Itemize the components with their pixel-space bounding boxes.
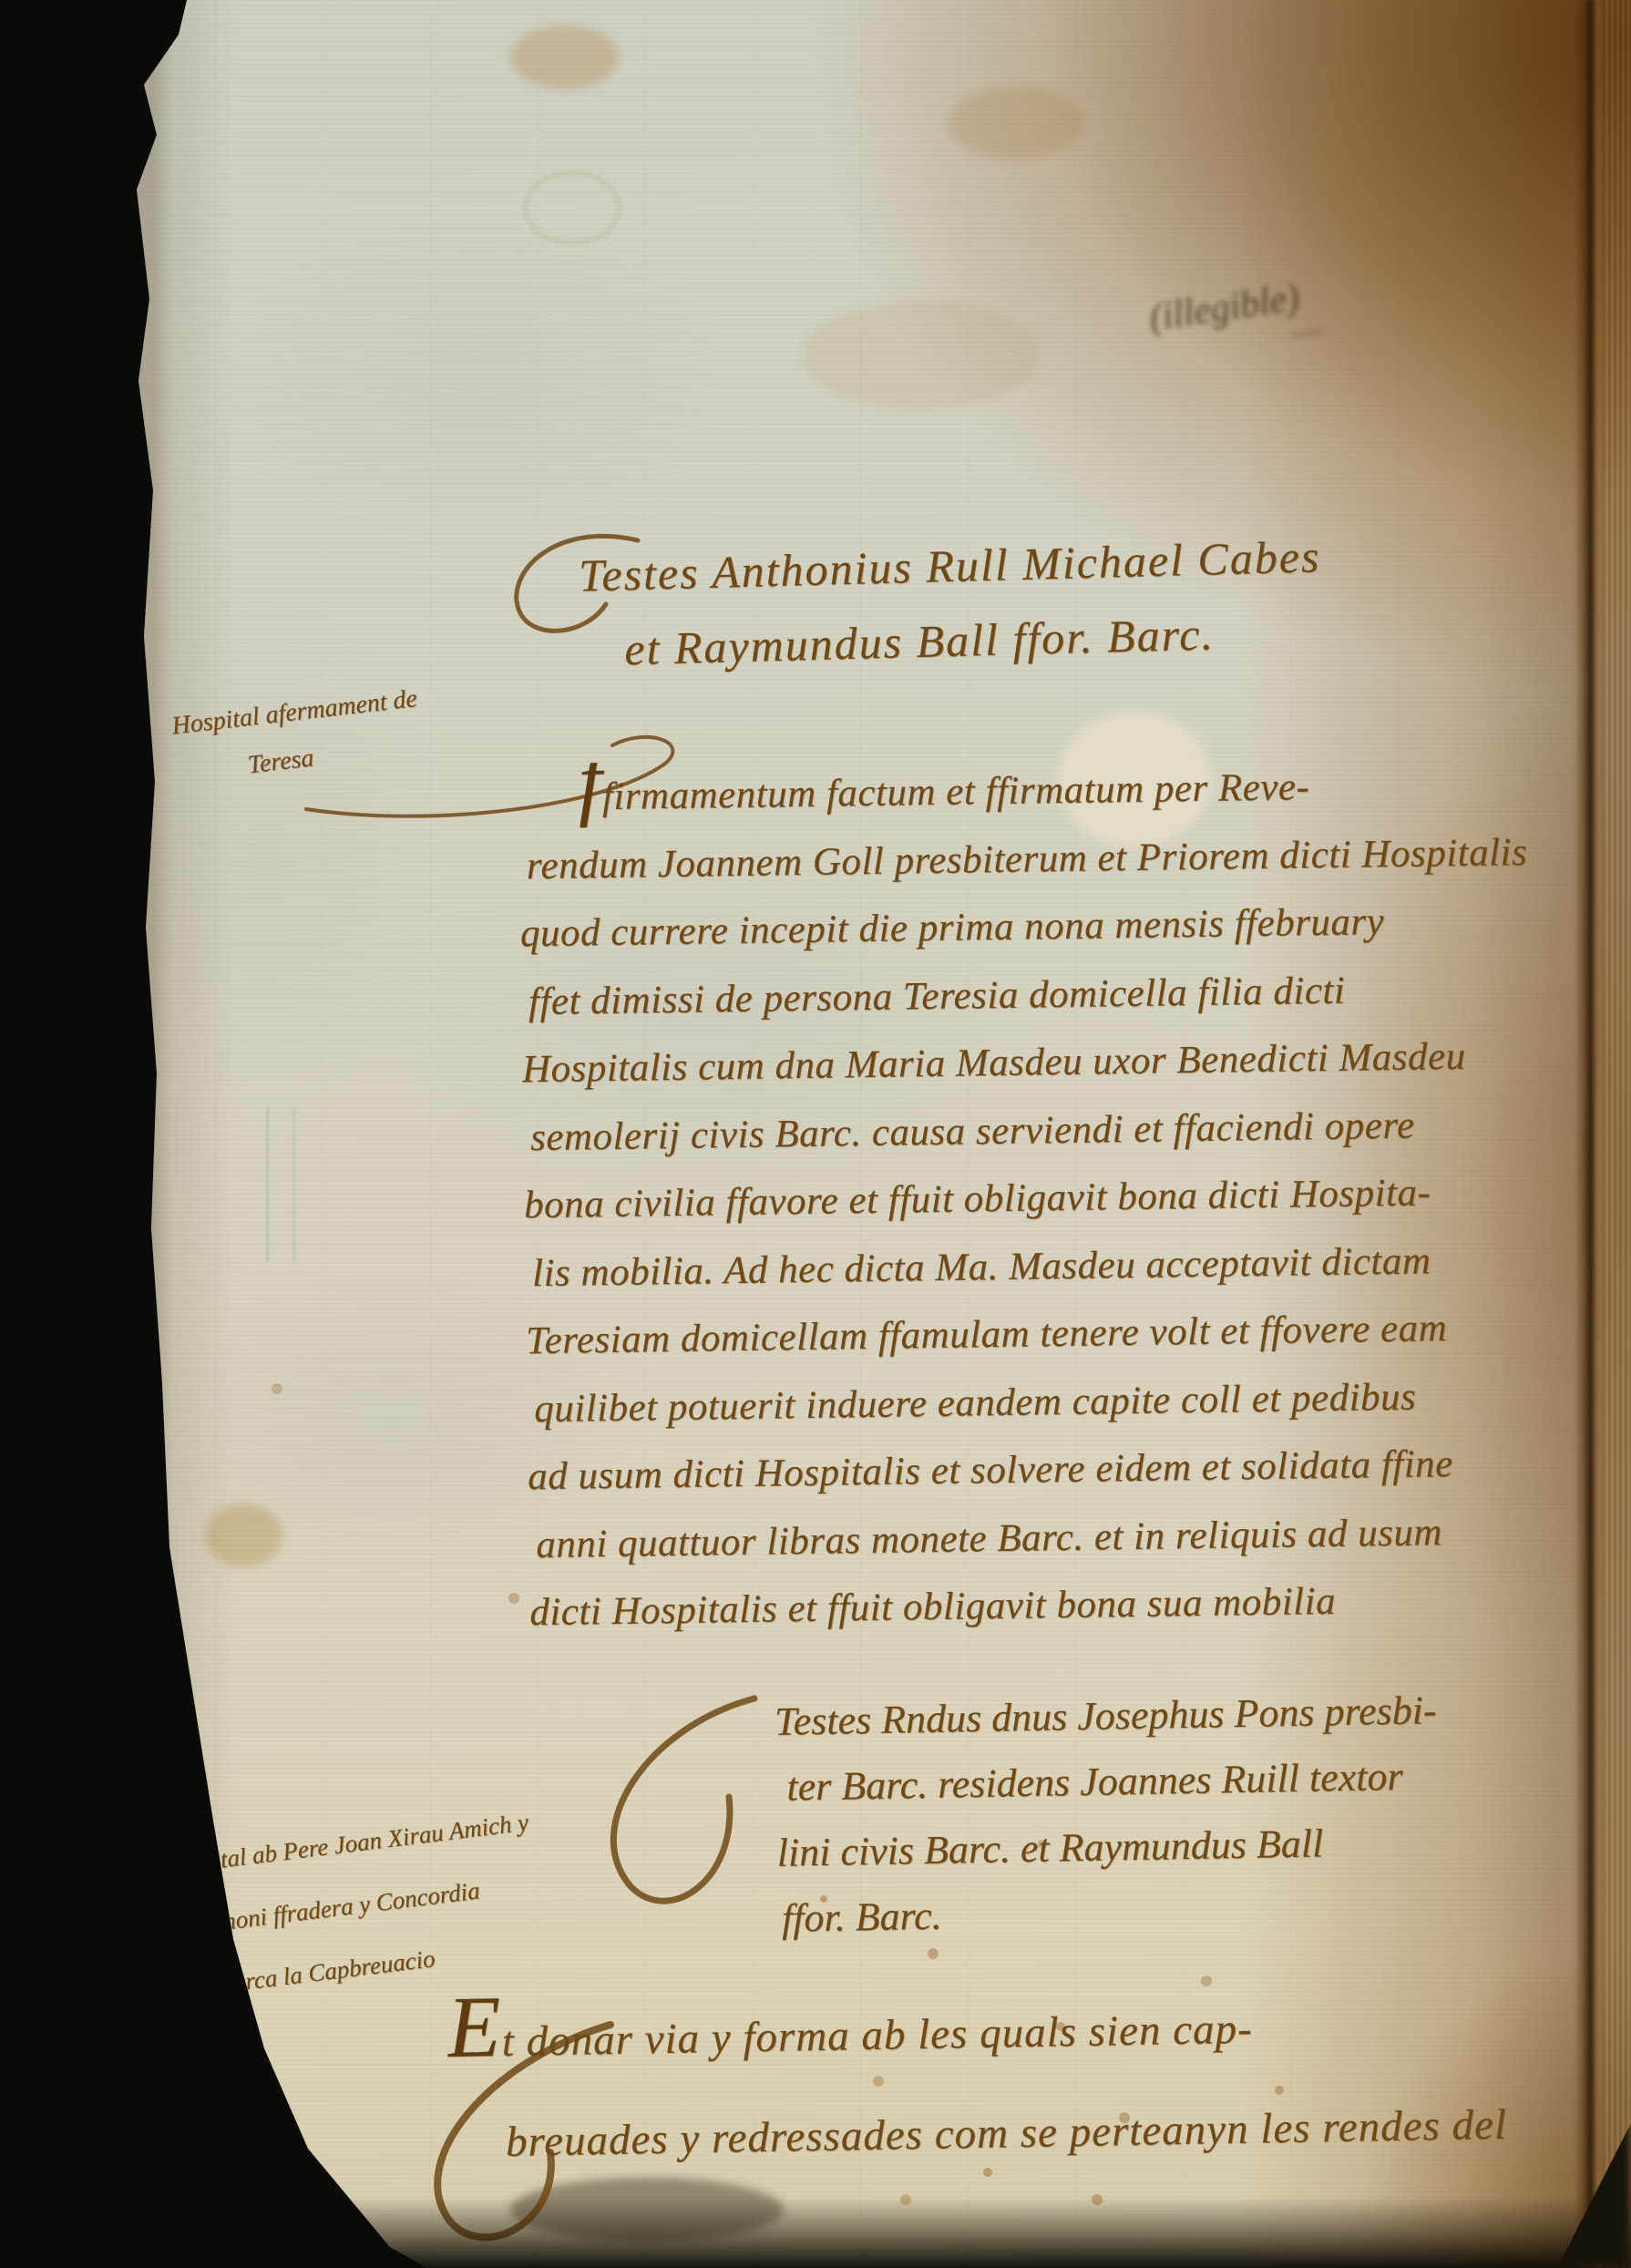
stain: [128, 2014, 200, 2087]
clause-line-1: Et donar via y forma ab les quals sien c…: [446, 1973, 1598, 2093]
bottom-shadow-band: [0, 2197, 1631, 2268]
ink-showthrough: [266, 1107, 295, 1262]
watermark-ring: [524, 171, 621, 244]
stain: [510, 26, 620, 89]
book-page-edges: [1605, 0, 1631, 2268]
stain: [802, 301, 1039, 410]
clause-line-2: breuades y redressades com se perteanyn …: [505, 2073, 1600, 2192]
manuscript-scan: (illegible) ····· Testes Anthonius Rull …: [0, 0, 1631, 2268]
gutter-crease: [1575, 0, 1605, 2268]
attestation-block: Testes Anthonius Rull Michael Cabes et R…: [578, 511, 1602, 687]
stain: [205, 1503, 282, 1567]
body-paragraph: ffirmamentum factum et ffirmatum per Rev…: [518, 749, 1606, 1647]
paper-sheet: (illegible) ····· Testes Anthonius Rull …: [0, 0, 1631, 2268]
witnesses-block: Testes Rndus dnus Josephus Pons presbi- …: [774, 1675, 1599, 1952]
stain: [948, 87, 1084, 159]
clause-block: Et donar via y forma ab les quals sien c…: [446, 1973, 1600, 2193]
